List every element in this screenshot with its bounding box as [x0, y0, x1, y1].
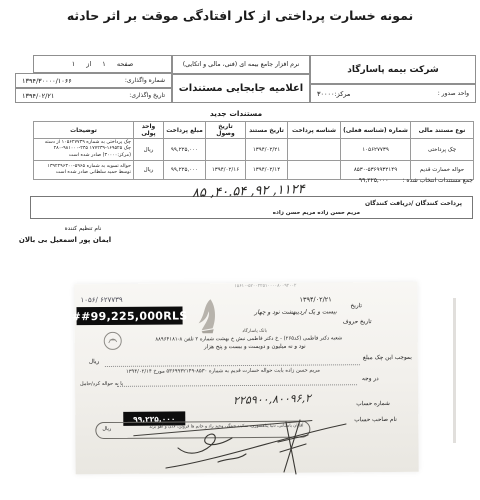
currency-word: ریال [89, 359, 99, 365]
cheque-date-value: ۱۳۹۴/۰۲/۲۱ [299, 295, 331, 303]
cheque-date-label: تاریخ [350, 303, 362, 309]
page-number: صفحه ۱ از ۱ [72, 60, 134, 68]
column-header: تاریخ مستند [246, 122, 288, 139]
column-header: تاریخ وصول [206, 122, 246, 139]
page-number-cell: صفحه ۱ از ۱ [33, 55, 172, 73]
total-label: جمع مستندات انتخاب شده : [403, 177, 474, 184]
cheque-serial-number: ۱۰۵۶/ ۶۲۷۷۳۹ [80, 296, 122, 304]
issue-unit-label: واحد صدور : [438, 90, 469, 97]
scan-streak-line [453, 298, 456, 443]
column-header: واحد پولی [134, 122, 164, 139]
software-name-cell: نرم افزار جامع بیمه ای (فنی، مالی و اتکا… [172, 55, 310, 74]
company-name: شرکت بیمه پاسارگاد [347, 65, 438, 75]
payable-to-label: در وجه [362, 376, 379, 382]
column-header: نوع مستند مالی [411, 122, 474, 139]
column-header: شناسه پرداخت [288, 122, 341, 139]
preparer-label: نام تنظیم کننده [52, 226, 114, 232]
parties-label: پرداخت کنندگان /دریافت کنندگان [365, 200, 462, 207]
company-name-cell: شرکت بیمه پاسارگاد [310, 55, 476, 84]
doc-title-cell: اعلامیه جابجایی مستندات [172, 74, 310, 103]
table-cell: ریال [134, 161, 164, 180]
table-cell [288, 139, 341, 161]
table-cell [288, 161, 341, 180]
transfer-date-label: تاریخ واگذاری: [129, 92, 165, 99]
payee-line: مریم حسن زاده بابت حواله خسارت قدیم به ش… [97, 367, 349, 375]
total-value: ۹۹,۲۲۵,۰۰۰ [359, 177, 389, 184]
currency-word-2: ریال [102, 426, 111, 432]
dotted-line [117, 384, 357, 387]
documents-table: نوع مستند مالی شماره (شناسه فعلی) شناسه … [33, 121, 474, 180]
table-cell: چک پرداختی [411, 139, 474, 161]
table-cell [206, 139, 246, 161]
table-cell: حواله تسویه به شماره ۵۹۶۵-۱۳۹۲۲۹۶۳۰۰ توس… [34, 161, 134, 180]
column-header: شماره (شناسه فعلی) [341, 122, 411, 139]
documents-total-line: جمع مستندات انتخاب شده : ۹۹,۲۲۵,۰۰۰ [359, 177, 473, 184]
table-cell: ۹۹,۲۲۵,۰۰۰ [164, 139, 206, 161]
software-name: نرم افزار جامع بیمه ای (فنی، مالی و اتکا… [183, 61, 300, 68]
transfer-number-label: شماره واگذاری: [125, 77, 165, 84]
branch-info: شعبه دکتر فاطمی (کد۲۶۵) - خ دکتر فاطمی ن… [133, 335, 365, 343]
column-header: توضیحات [34, 122, 134, 139]
account-number-handwritten: ۲۲۵۹۰۰,۸۰۰۹۶,۲ [233, 392, 311, 408]
cheque-amount-stamp: ##99,225,000RLS [77, 306, 183, 325]
doc-title: اعلامیه جابجایی مستندات [179, 83, 304, 94]
parties-box: پرداخت کنندگان /دریافت کنندگان مریم حسن … [30, 196, 473, 219]
pasargad-bird-icon [194, 298, 220, 338]
transfer-number-cell: شماره واگذاری: ۱۳۹۴/۳۰۰۰۰/۱۰۶۶ [15, 73, 172, 88]
amount-clause-label: بموجب این چک مبلغ [363, 355, 412, 361]
table-cell: ۱۳۹۴/۰۲/۱۴ [246, 161, 288, 180]
transfer-date-cell: تاریخ واگذاری: ۱۳۹۴/۰۲/۲۱ [15, 88, 172, 103]
table-row: چک پرداختی ۱۰۵۶۲۷۷۳۹ ۱۳۹۴/۰۲/۲۱ ۹۹,۲۲۵,۰… [34, 139, 474, 161]
cheque-date-words: بیست و یک اردیبهشت نود و چهار [240, 308, 352, 316]
transfer-date-value: ۱۳۹۴/۰۲/۲۱ [22, 92, 54, 100]
issue-unit-value: مرکز:۳۰۰۰۰ [317, 90, 350, 98]
table-header-row: نوع مستند مالی شماره (شناسه فعلی) شناسه … [34, 122, 474, 139]
amount-in-words: نود و نه میلیون و دویست و بیست و پنج هزا… [193, 344, 317, 351]
table-cell: ۹۹,۲۲۵,۰۰۰ [164, 161, 206, 180]
preparer-name: ایمان پور اسمعیل بی بالان [14, 236, 116, 244]
transfer-number-value: ۱۳۹۴/۳۰۰۰۰/۱۰۶۶ [22, 77, 72, 85]
documents-section-title: مستندات جدید [180, 109, 292, 118]
issue-unit-cell: واحد صدور : مرکز:۳۰۰۰۰ [310, 84, 476, 103]
pasargad-seal-icon [103, 331, 123, 355]
bank-name: بانک پاسارگاد [225, 329, 285, 334]
account-holder-label: نام صاحب حساب [354, 417, 397, 423]
parties-names: مریم حسن زاده مریم حسن زاده [273, 210, 360, 216]
signature-icon [158, 418, 353, 484]
table-cell: ۱۳۹۴/۰۲/۲۱ [246, 139, 288, 161]
account-number-label: شماره حساب [356, 401, 390, 407]
cheque-micr-line: ۱۵۶۱۰-۵۲۰۰۲۲۵۱۰۰۰۰۸۰۰۹۲۰۰۲ [234, 283, 414, 289]
table-cell: ۱۳۹۴/۰۲/۱۶ [206, 161, 246, 180]
cheque-date-words-label: تاریخ حروف [343, 319, 372, 325]
column-header: مبلغ پرداخت [164, 122, 206, 139]
table-cell: ۱۰۵۶۲۷۷۳۹ [341, 139, 411, 161]
scanned-document-page: نمونه خسارت پرداختی از کار افتادگی موقت … [0, 0, 480, 500]
table-cell: چک پرداختی به شماره ۱۰۵۶۲۷۷۳۹ از دسته چک… [34, 139, 134, 161]
table-cell: ریال [134, 139, 164, 161]
bearer-clause: یا به حواله کرد/حامل [80, 381, 123, 387]
page-title: نمونه خسارت پرداختی از کار افتادگی موقت … [0, 8, 480, 23]
